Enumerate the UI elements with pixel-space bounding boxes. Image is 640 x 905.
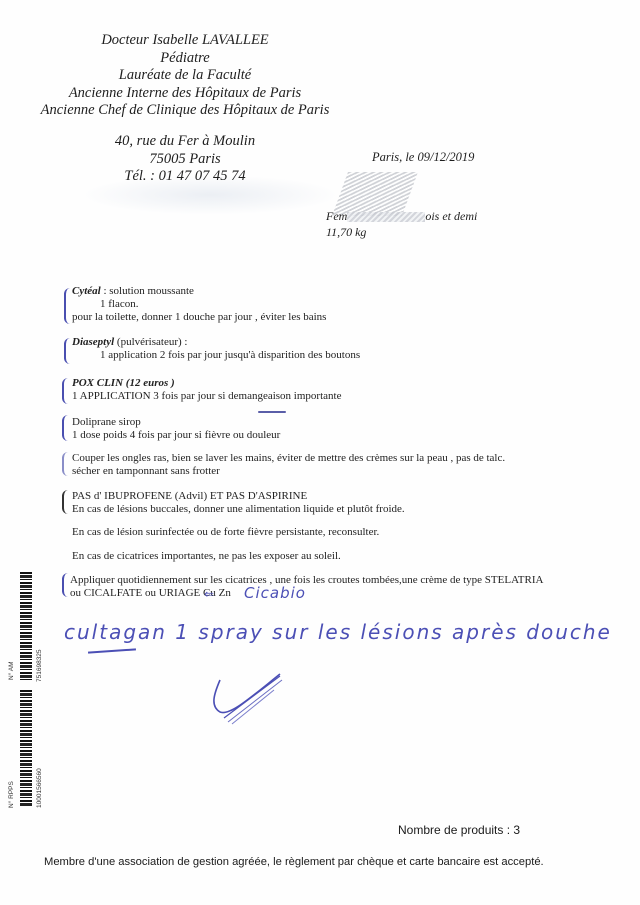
am-number: 751698325 xyxy=(36,649,43,682)
doctor-specialty: Pédiatre xyxy=(0,50,370,68)
prescription-page: Docteur Isabelle LAVALLEE Pédiatre Lauré… xyxy=(0,0,640,905)
rx-dose: 1 dose poids 4 fois par jour si fièvre o… xyxy=(72,429,280,442)
rx-item-cyteal: Cytéal : solution moussante 1 flacon. po… xyxy=(72,285,326,324)
rx-desc: : solution moussante xyxy=(101,285,194,297)
advice-line: PAS d' IBUPROFENE (Advil) ET PAS D'ASPIR… xyxy=(72,490,405,503)
rx-instructions: pour la toilette, donner 1 douche par jo… xyxy=(72,311,326,324)
doctor-address: 40, rue du Fer à Moulin 75005 Paris Tél.… xyxy=(70,133,300,186)
rx-dose: 1 flacon. xyxy=(72,298,326,311)
rx-item-doliprane: Doliprane sirop 1 dose poids 4 fois par … xyxy=(72,416,280,442)
doctor-title-1: Lauréate de la Faculté xyxy=(0,67,370,85)
advice-line: Appliquer quotidiennement sur les cicatr… xyxy=(70,574,543,587)
product-count: Nombre de produits : 3 xyxy=(398,823,520,837)
advice-hygiene: Couper les ongles ras, bien se laver les… xyxy=(72,452,505,478)
ink-bracket xyxy=(62,490,68,514)
rx-desc: (pulvérisateur) : xyxy=(114,336,187,348)
ink-underline xyxy=(258,411,286,413)
am-label: N° AM xyxy=(8,662,15,681)
rx-name: Cytéal xyxy=(72,285,101,297)
rpps-label: N° RPPS xyxy=(8,781,15,808)
ink-underline xyxy=(88,648,136,653)
rpps-number: 10001566560 xyxy=(36,768,43,808)
address-phone: Tél. : 01 47 07 45 74 xyxy=(70,168,300,186)
ink-bracket xyxy=(62,452,68,476)
rx-item-diaseptyl: Diaseptyl (pulvérisateur) : 1 applicatio… xyxy=(72,336,360,362)
rx-name: Diaseptyl xyxy=(72,336,114,348)
address-city: 75005 Paris xyxy=(70,151,300,169)
prescription-date: Paris, le 09/12/2019 xyxy=(372,150,474,165)
patient-info: Femois et demi 11,70 kg xyxy=(326,208,477,240)
patient-age-suffix: ois et demi xyxy=(425,209,477,223)
ink-bracket xyxy=(62,378,68,404)
advice-reconsult: En cas de lésion surinfectée ou de forte… xyxy=(72,526,379,539)
barcode-strip: N° AM 751698325 N° RPPS 10001566560 xyxy=(6,572,60,808)
address-street: 40, rue du Fer à Moulin xyxy=(70,133,300,151)
advice-no-ibuprofen: PAS d' IBUPROFENE (Advil) ET PAS D'ASPIR… xyxy=(72,490,405,516)
advice-line: sécher en tamponnant sans frotter xyxy=(72,465,505,478)
ink-bracket xyxy=(62,573,68,597)
patient-weight: 11,70 kg xyxy=(326,224,477,240)
doctor-title-2: Ancienne Interne des Hôpitaux de Paris xyxy=(0,85,370,103)
ink-bracket xyxy=(64,288,70,324)
advice-scar-cream: Appliquer quotidiennement sur les cicatr… xyxy=(70,574,543,600)
ink-bracket xyxy=(62,415,68,441)
advice-sun: En cas de cicatrices importantes, ne pas… xyxy=(72,550,341,563)
doctor-name: Docteur Isabelle LAVALLEE xyxy=(0,32,370,50)
handwritten-cultagan-instructions: cultagan 1 spray sur les lésions après d… xyxy=(64,620,612,644)
rx-name: POX CLIN (12 euros ) xyxy=(72,377,175,389)
payment-note: Membre d'une association de gestion agré… xyxy=(44,856,544,868)
patient-age-prefix: Fem xyxy=(326,209,347,223)
handwritten-cicabio: Cicabio xyxy=(244,584,306,602)
ink-bracket xyxy=(64,338,70,364)
rx-dose: 1 APPLICATION 3 fois par jour si demange… xyxy=(72,390,341,403)
rx-item-poxclin: POX CLIN (12 euros ) 1 APPLICATION 3 foi… xyxy=(72,377,341,403)
barcode-icon xyxy=(20,572,32,680)
barcode-icon xyxy=(20,690,32,806)
handwritten-arrow: ⇐ xyxy=(204,587,215,601)
doctor-title-3: Ancienne Chef de Clinique des Hôpitaux d… xyxy=(0,102,370,120)
rx-name: Doliprane sirop xyxy=(72,416,280,429)
advice-line: Couper les ongles ras, bien se laver les… xyxy=(72,452,505,465)
rx-dose: 1 application 2 fois par jour jusqu'à di… xyxy=(72,349,360,362)
redacted-text xyxy=(347,212,425,222)
signature-icon xyxy=(200,668,290,728)
doctor-header: Docteur Isabelle LAVALLEE Pédiatre Lauré… xyxy=(0,32,370,120)
advice-line: En cas de lésions buccales, donner une a… xyxy=(72,503,405,516)
